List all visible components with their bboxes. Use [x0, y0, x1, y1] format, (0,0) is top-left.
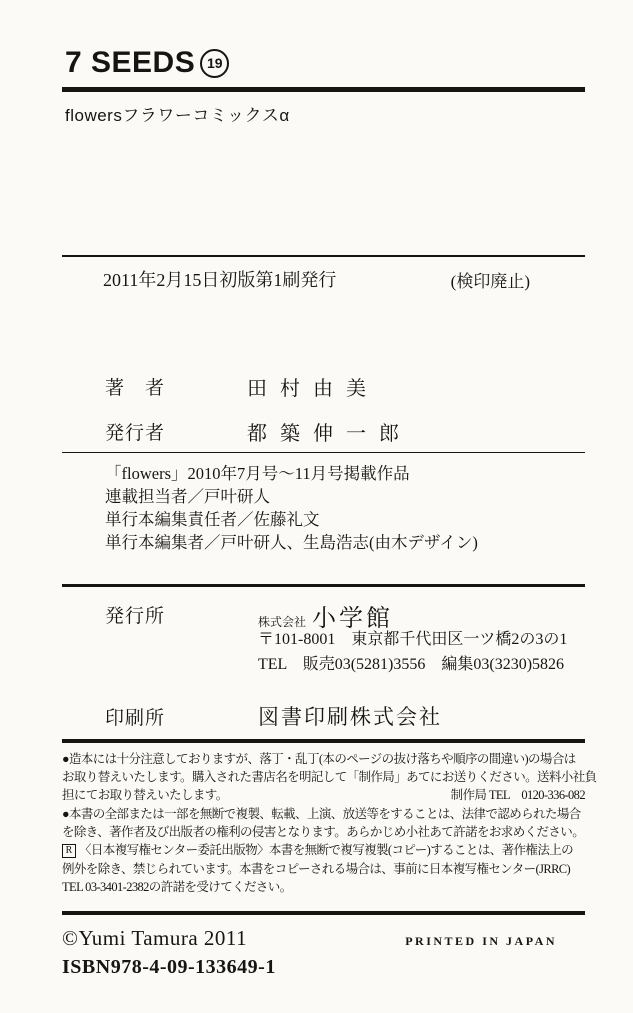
footer-divider	[62, 911, 585, 915]
fine-print-line: お取り替えいたします。購入された書店名を明記して「制作局」あてにお送りください。…	[62, 768, 585, 786]
fine-print-line: を除き、著作者及び出版者の権利の侵害となります。あらかじめ小社あて許諾をお求めく…	[62, 823, 585, 841]
series-imprint-label: flowersフラワーコミックスα	[65, 101, 585, 123]
fine-print-line: R〈日本複写権センター委託出版物〉本書を無断で複写複製(コピー)することは、著作…	[62, 841, 585, 859]
note-line: 単行本編集者／戸叶研人、生島浩志(由木デザイン)	[105, 531, 585, 554]
publisher-label: 発行所	[105, 598, 258, 677]
printer-name: 図書印刷株式会社	[258, 701, 442, 731]
issuer-name: 都築伸一郎	[247, 417, 412, 446]
fine-print-block: ●造本には十分注意しておりますが、落丁・乱丁(本のページの抜け落ちや順序の間違い…	[62, 750, 585, 897]
publisher-address: 〒101-8001 東京都千代田区一ツ橋2の3の1	[258, 628, 567, 652]
printer-label: 印刷所	[105, 703, 258, 730]
credits-divider	[62, 452, 585, 454]
company-prefix: 株式会社	[258, 613, 306, 630]
printed-in-japan: PRINTED IN JAPAN	[405, 934, 557, 949]
print-date: 2011年2月15日初版第1刷発行	[103, 266, 336, 292]
fine-print-line: TEL 03-3401-2382の許諾を受けてください。	[62, 878, 585, 896]
isbn-number: ISBN978-4-09-133649-1	[62, 956, 585, 982]
title-row: 7 SEEDS 19	[65, 46, 585, 80]
fine-print-line: 例外を除き、禁じられています。本書をコピーされる場合は、事前に日本複写権センター…	[62, 860, 585, 878]
footer-row: ©Yumi Tamura 2011 PRINTED IN JAPAN	[62, 926, 585, 953]
fine-print-line: 担にてお取り替えいたします。 制作局 TEL 0120-336-082	[62, 786, 585, 804]
publisher-divider	[62, 584, 585, 587]
issuer-row: 発行者 都築伸一郎	[62, 418, 585, 446]
note-line: 連載担当者／戸叶研人	[105, 485, 585, 508]
author-row: 著 者 田村由美	[62, 373, 585, 401]
publisher-tel: TEL 販売03(5281)3556 編集03(3230)5826	[258, 652, 567, 677]
note-line: 単行本編集責任者／佐藤礼文	[105, 508, 585, 531]
fine-print-line: ●造本には十分注意しておりますが、落丁・乱丁(本のページの抜け落ちや順序の間違い…	[62, 750, 585, 768]
note-line: 「flowers」2010年7月号〜11月号掲載作品	[105, 462, 585, 485]
issuer-label: 発行者	[105, 418, 247, 445]
publisher-company-line: 株式会社 小学館	[258, 598, 567, 628]
publisher-info: 株式会社 小学館 〒101-8001 東京都千代田区一ツ橋2の3の1 TEL 販…	[258, 598, 567, 677]
serialization-notes: 「flowers」2010年7月号〜11月号掲載作品 連載担当者／戸叶研人 単行…	[62, 462, 585, 554]
colophon-page: 7 SEEDS 19 flowersフラワーコミックスα 2011年2月15日初…	[0, 0, 633, 1013]
edition-divider	[62, 255, 585, 257]
jrrc-registered-mark-icon: R	[62, 844, 76, 858]
fine-print-top-divider	[62, 739, 585, 743]
inspection-note: (検印廃止)	[451, 267, 530, 292]
printer-row: 印刷所 図書印刷株式会社	[62, 702, 585, 731]
credits-block: 著 者 田村由美 発行者 都築伸一郎	[62, 373, 585, 446]
publisher-row: 発行所 株式会社 小学館 〒101-8001 東京都千代田区一ツ橋2の3の1 T…	[62, 598, 585, 677]
volume-circle-badge: 19	[200, 49, 229, 78]
edition-row: 2011年2月15日初版第1刷発行 (検印廃止)	[62, 267, 585, 292]
book-title: 7 SEEDS	[65, 46, 195, 80]
fine-print-line: ●本書の全部または一部を無断で複製、転載、上演、放送等をすることは、法律で認めら…	[62, 805, 585, 823]
author-label: 著 者	[105, 373, 247, 400]
author-name: 田村由美	[247, 372, 379, 401]
jrrc-line: 〈日本複写権センター委託出版物〉本書を無断で複写複製(コピー)することは、著作権…	[79, 843, 573, 857]
title-divider	[62, 87, 585, 92]
production-dept-tel: 制作局 TEL 0120-336-082	[451, 786, 585, 804]
copyright-notice: ©Yumi Tamura 2011	[62, 926, 247, 951]
fine-print-exchange-tail: 担にてお取り替えいたします。	[62, 786, 228, 804]
